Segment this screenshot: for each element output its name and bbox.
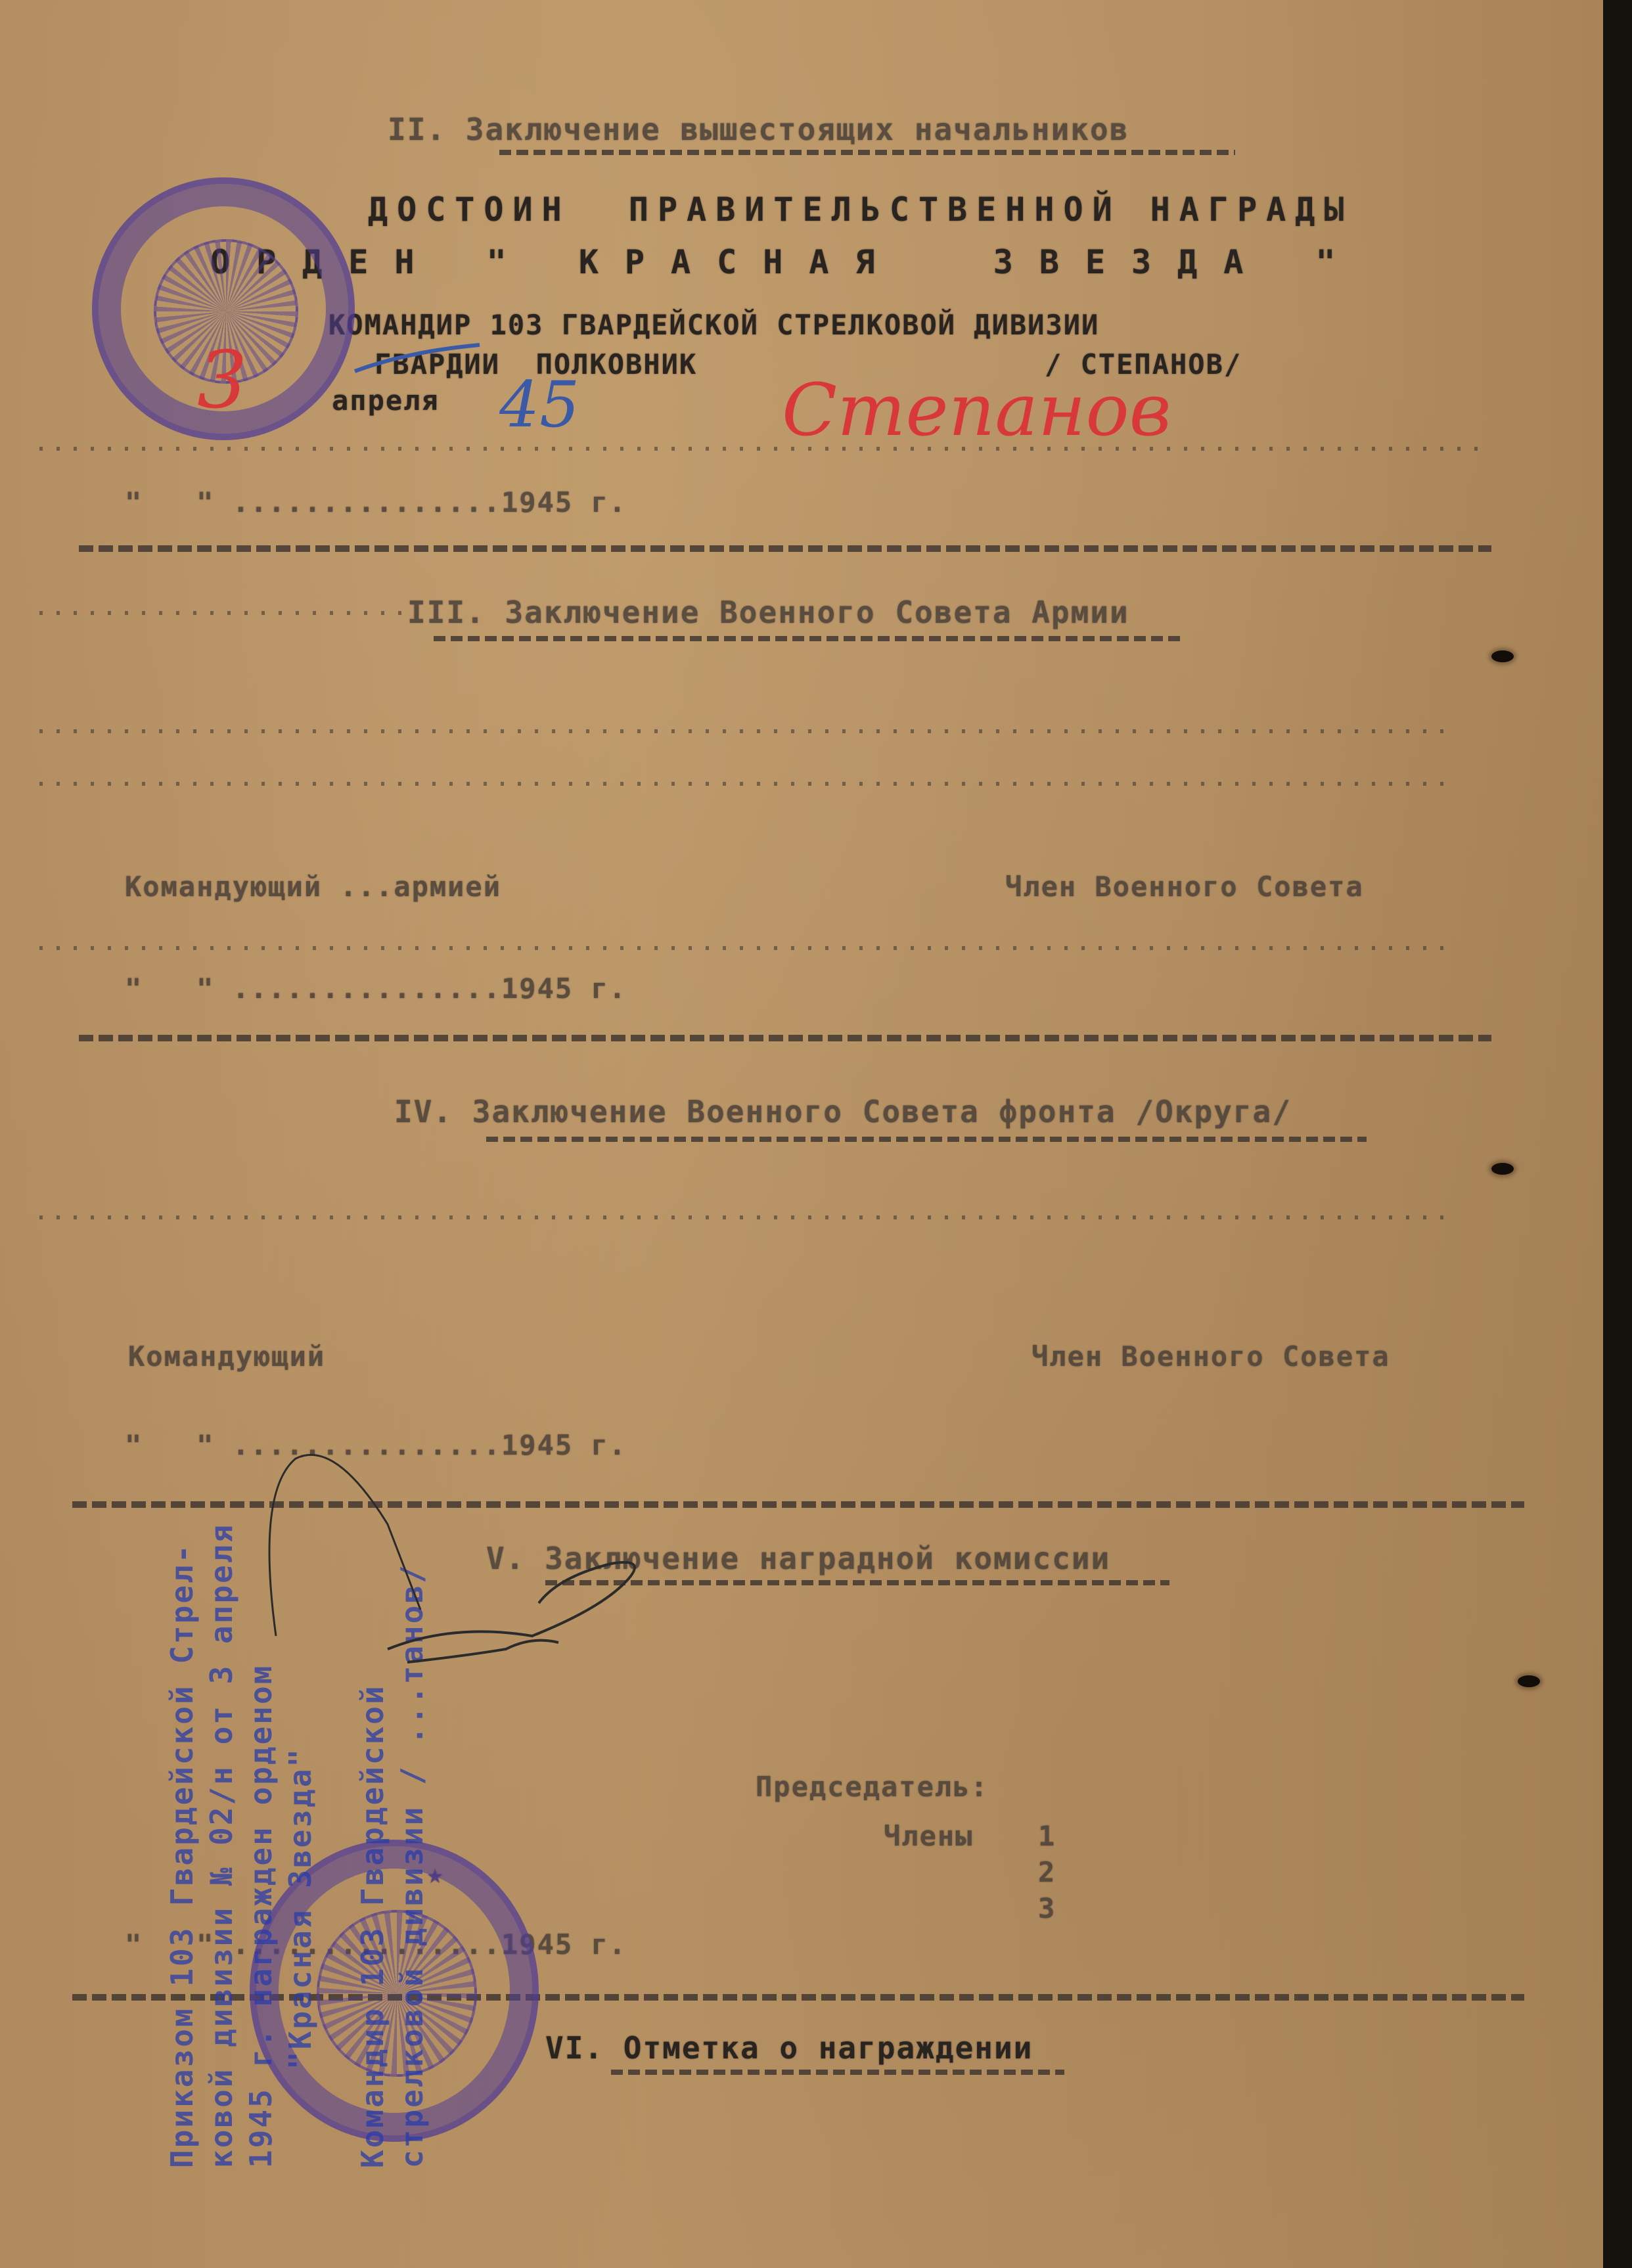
member-2: 2: [1038, 1856, 1056, 1888]
dotted-line: [39, 447, 1485, 451]
section-3-right-signer: Член Военного Совета: [1005, 871, 1364, 903]
pencil-signature: [256, 1439, 664, 1669]
dotted-line: [39, 782, 1452, 786]
member-1: 1: [1038, 1820, 1056, 1852]
vertical-note-line-2: ковой дивизии № 02/н от 3 апреля: [204, 1523, 239, 2168]
section-3-date-line: " " ...............1945 г.: [125, 972, 627, 1005]
blue-strike-line: [355, 342, 486, 381]
dotted-line: [39, 729, 1452, 733]
section-2-title: II. Заключение вышестоящих начальников: [388, 112, 1129, 147]
section-4-underline: [486, 1137, 1367, 1142]
document-sheet: II. Заключение вышестоящих начальников Д…: [0, 0, 1603, 2268]
section-divider: [79, 1035, 1491, 1041]
section-6-title: VI. Отметка о награждении: [545, 2030, 1033, 2066]
signer-position: КОМАНДИР 103 ГВАРДЕЙСКОЙ СТРЕЛКОВОЙ ДИВИ…: [329, 309, 1099, 341]
red-signature: Степанов: [782, 368, 1171, 452]
section-4-title: IV. Заключение Военного Совета фронта /О…: [394, 1094, 1292, 1129]
scan-edge: [1603, 0, 1632, 2268]
punch-hole: [1518, 1675, 1540, 1687]
date-month: апреля: [332, 384, 440, 417]
handwritten-day: 3: [197, 335, 247, 426]
section-3-left-signer: Командующий ...армией: [125, 871, 501, 903]
handwritten-year: 45: [499, 368, 579, 442]
vertical-note-line-5: Командир 103 Гвардейской: [355, 1684, 390, 2168]
dotted-line: [39, 946, 1452, 950]
vertical-note-line-1: Приказом 103 Гвардейской Стрел-: [164, 1543, 200, 2168]
award-verdict: ДОСТОИН ПРАВИТЕЛЬСТВЕННОЙ НАГРАДЫ: [368, 191, 1353, 229]
dotted-line: [39, 611, 407, 615]
member-3: 3: [1038, 1892, 1056, 1924]
vertical-note-line-4: "Красная Звезда": [283, 1747, 318, 2070]
dotted-line: [39, 1215, 1452, 1219]
section-2-date-line: " " ...............1945 г.: [125, 486, 627, 518]
section-4-left-signer: Командующий: [128, 1340, 325, 1372]
section-3-title: III. Заключение Военного Совета Армии: [407, 595, 1129, 630]
section-4-right-signer: Член Военного Совета: [1031, 1340, 1390, 1372]
section-6-underline: [611, 2070, 1064, 2075]
award-name: ОРДЕН " КРАСНАЯ ЗВЕЗДА ": [210, 243, 1362, 281]
section-divider: [79, 545, 1491, 552]
commission-members-label: Члены: [884, 1820, 973, 1852]
commission-chairman: Председатель:: [756, 1771, 989, 1803]
punch-hole: [1491, 650, 1514, 662]
punch-hole: [1491, 1163, 1514, 1175]
section-3-underline: [434, 636, 1183, 641]
section-2-underline: [499, 150, 1235, 155]
vertical-note-line-3: 1945 г. награжден орденом: [243, 1664, 279, 2168]
